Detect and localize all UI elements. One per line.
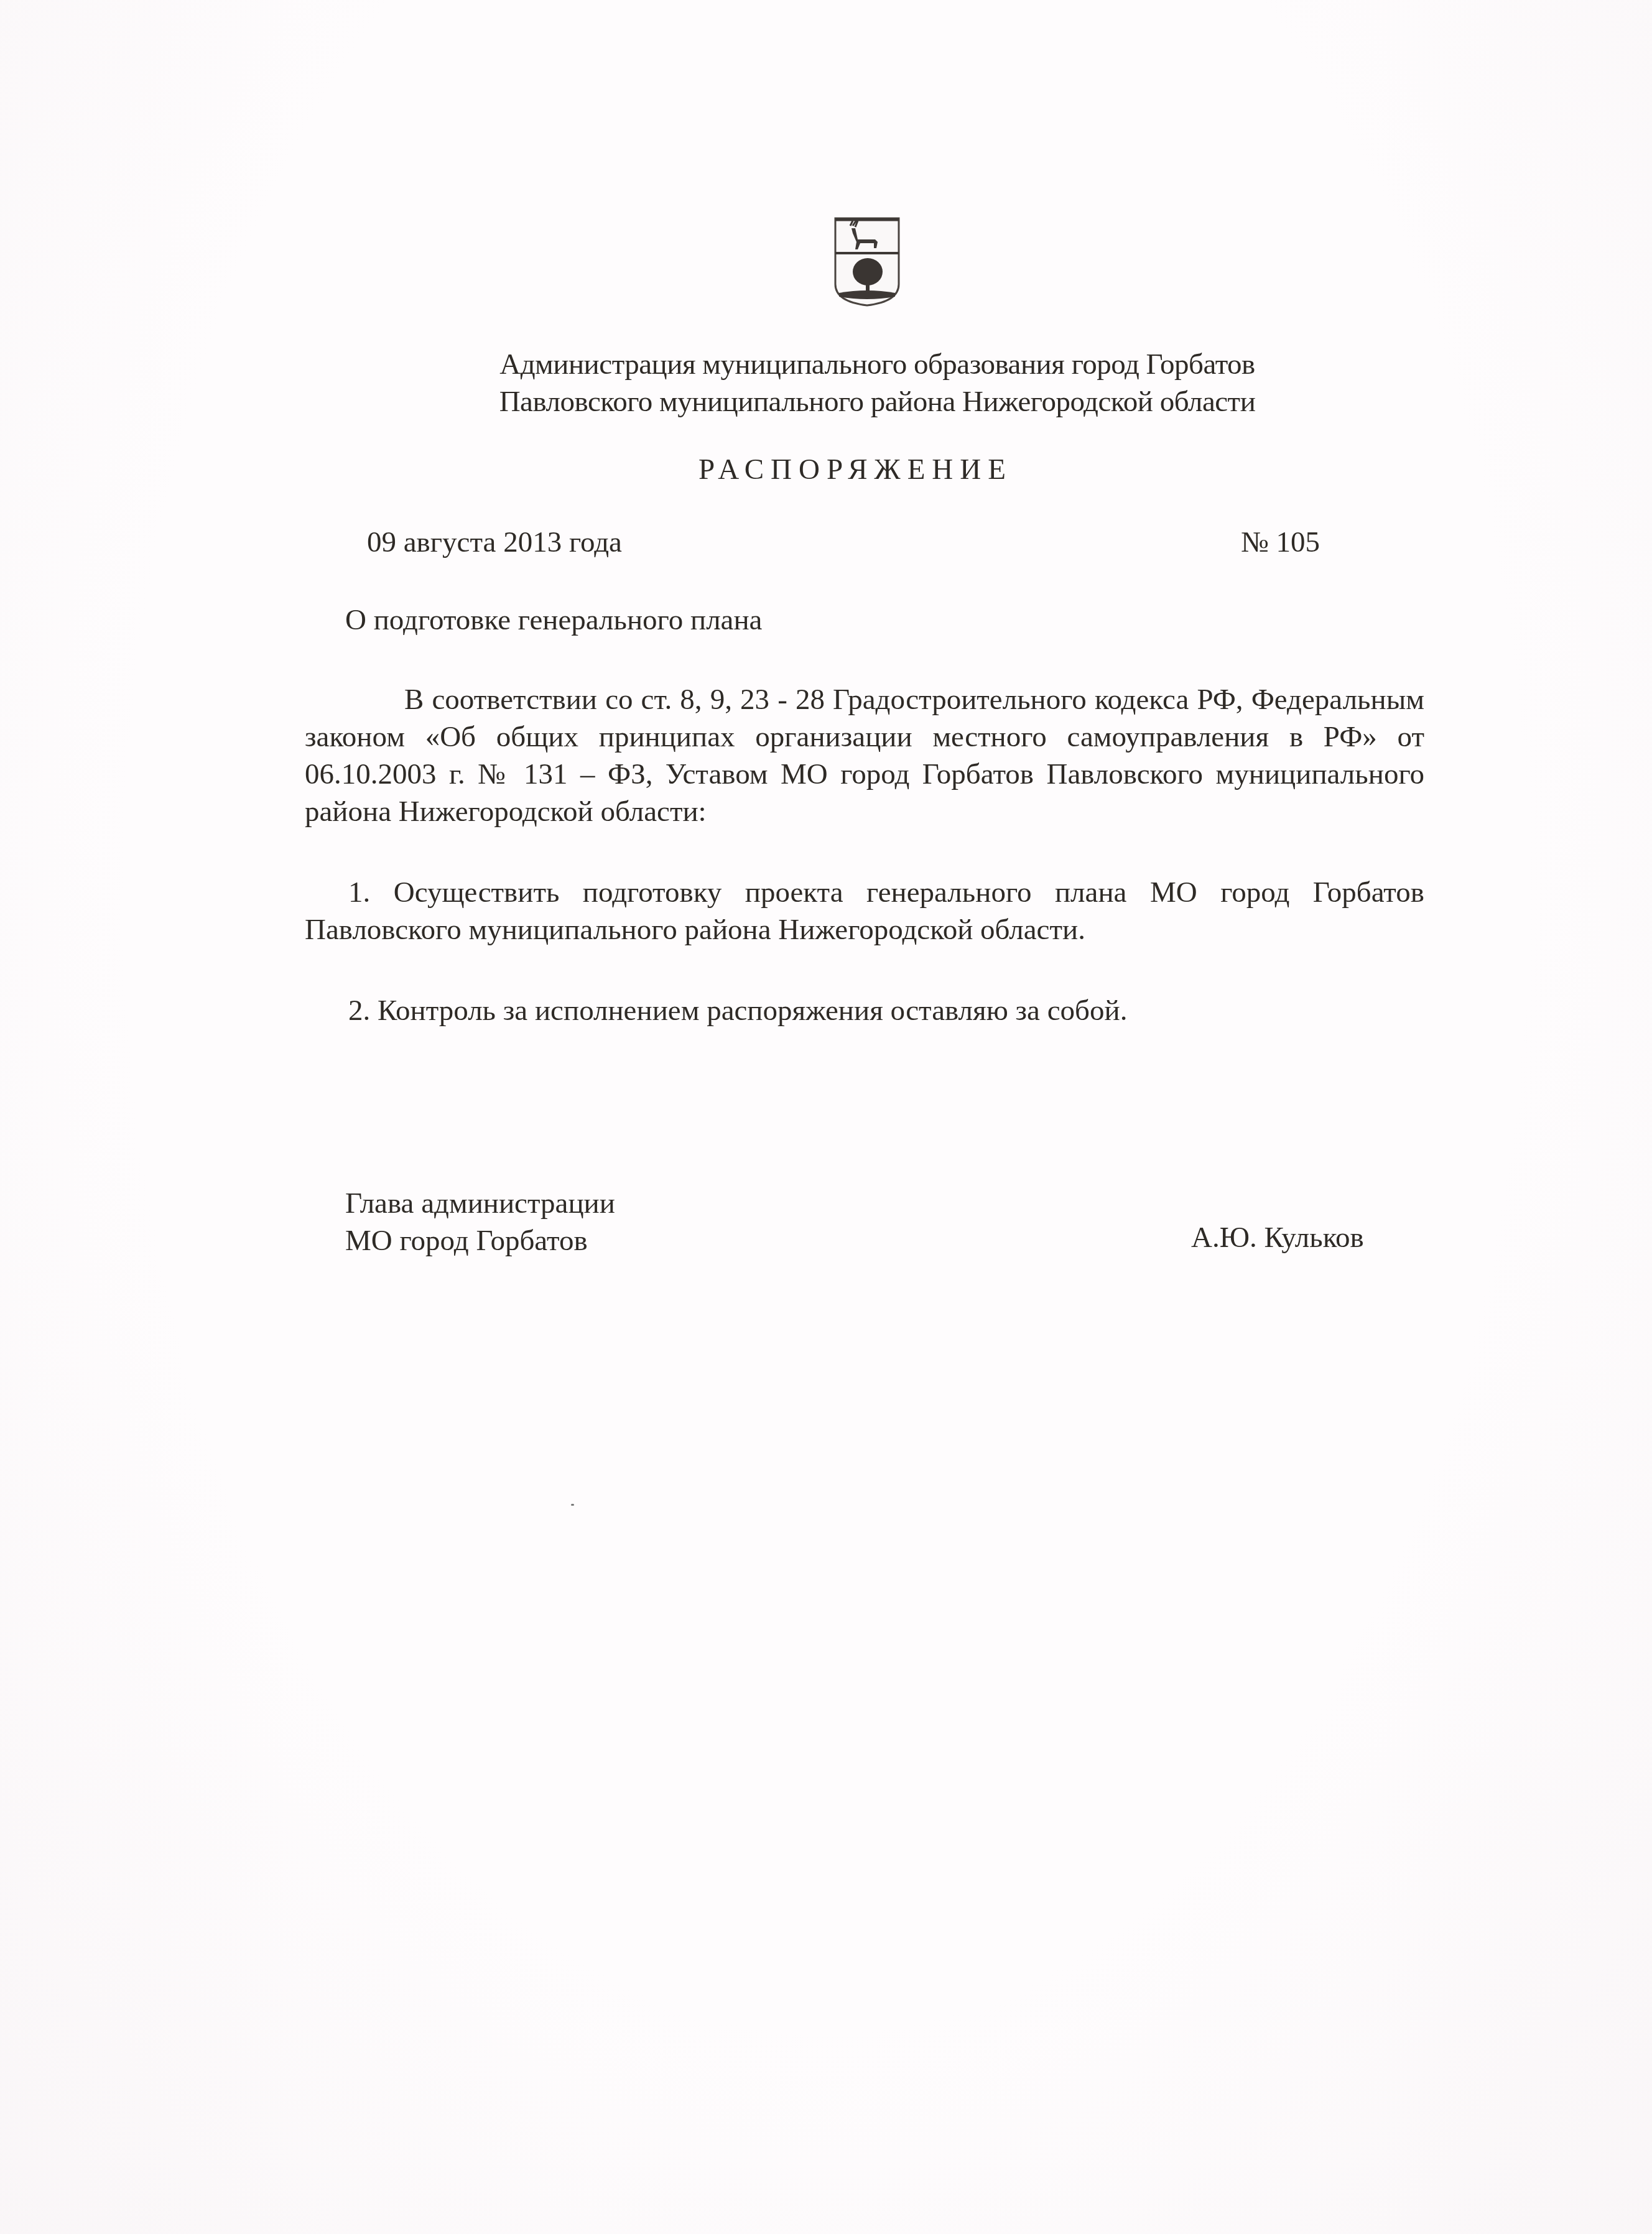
order-item-2-text: 2. Контроль за исполнением распоряжения … <box>348 994 1127 1027</box>
preamble-paragraph: В соответствии со ст. 8, 9, 23 - 28 Град… <box>305 681 1424 830</box>
document-type-title: РАСПОРЯЖЕНИЕ <box>0 453 1652 486</box>
signatory-position: Глава администрации МО город Горбатов <box>345 1185 615 1259</box>
document-number: № 105 <box>1241 526 1320 559</box>
preamble-text: В соответствии со ст. 8, 9, 23 - 28 Град… <box>305 684 1424 828</box>
scan-shading <box>0 0 1652 2234</box>
document-subject: О подготовке генерального плана <box>345 603 762 637</box>
issuer-line-2: Павловского муниципального района Нижего… <box>0 383 1652 420</box>
signatory-name: А.Ю. Кульков <box>1191 1221 1364 1254</box>
scan-speck <box>571 1504 574 1506</box>
order-item-1-text: 1. Осуществить подготовку проекта генера… <box>305 876 1424 946</box>
document-date: 09 августа 2013 года <box>367 526 622 559</box>
signatory-position-line-1: Глава администрации <box>345 1185 615 1222</box>
coat-of-arms-icon <box>830 215 904 307</box>
issuer-line-1: Администрация муниципального образования… <box>0 346 1652 383</box>
order-item-2: 2. Контроль за исполнением распоряжения … <box>305 992 1424 1029</box>
document-page: Администрация муниципального образования… <box>0 0 1652 2234</box>
signatory-position-line-2: МО город Горбатов <box>345 1222 615 1259</box>
issuer-header: Администрация муниципального образования… <box>0 346 1652 420</box>
order-item-1: 1. Осуществить подготовку проекта генера… <box>305 874 1424 948</box>
